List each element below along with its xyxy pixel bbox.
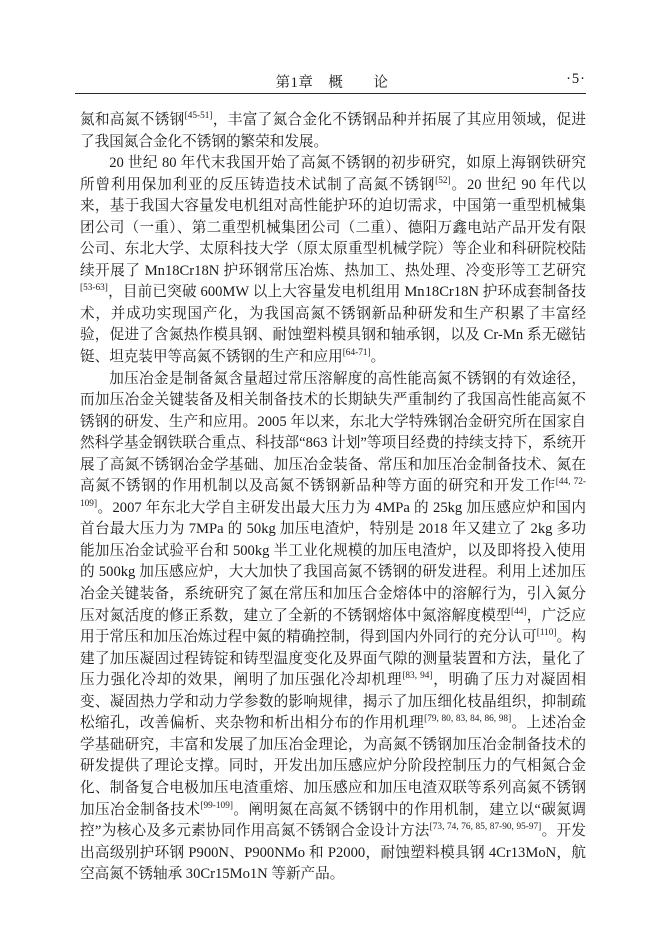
text-run: 。2007 年东北大学自主研发出最大压力为 4MPa 的 25kg 加压感应炉和… <box>80 500 586 624</box>
text-run: 。 <box>371 349 386 365</box>
text-run: ，目前已突破 600MW 以上大容量发电机组用 Mn18Cr18N 护环成套制备… <box>80 284 586 365</box>
paragraph: 20 世纪 80 年代末我国开始了高氮不锈钢的初步研究，如原上海钢铁研究所曾利用… <box>80 153 586 368</box>
page-number: ·5· <box>566 71 586 88</box>
citation-reference: [79, 80, 83, 84, 86, 98] <box>424 714 511 724</box>
text-run: 加压冶金是制备氮含量超过常压溶解度的高性能高氮不锈钢的有效途径，而加压冶金关键装… <box>80 371 586 495</box>
document-page: 第1章 概 论 ·5· 氮和高氮不锈钢[45-51]，丰富了氮合金化不锈钢品种并… <box>0 0 661 925</box>
paragraph: 加压冶金是制备氮含量超过常压溶解度的高性能高氮不锈钢的有效途径，而加压冶金关键装… <box>80 369 586 886</box>
text-run: 氮和高氮不锈钢 <box>80 112 185 128</box>
document-body: 氮和高氮不锈钢[45-51]，丰富了氮合金化不锈钢品种并拓展了其应用领域，促进了… <box>80 110 586 886</box>
citation-reference: [52] <box>435 176 451 186</box>
citation-reference: [53-63] <box>80 284 108 294</box>
running-head-chapter-title: 第1章 概 论 <box>78 71 586 92</box>
citation-reference: [64-71] <box>343 348 371 358</box>
citation-reference: [73, 74, 76, 85, 87-90, 95-97] <box>430 822 542 832</box>
citation-reference: [99-109] <box>200 801 233 811</box>
page-header: 第1章 概 论 ·5· <box>78 71 586 89</box>
header-divider <box>75 93 586 94</box>
citation-reference: [44] <box>511 607 527 617</box>
paragraph: 氮和高氮不锈钢[45-51]，丰富了氮合金化不锈钢品种并拓展了其应用领域，促进了… <box>80 110 586 153</box>
citation-reference: [110] <box>537 628 557 638</box>
citation-reference: [83, 94] <box>402 671 432 681</box>
citation-reference: [45-51] <box>185 111 213 121</box>
